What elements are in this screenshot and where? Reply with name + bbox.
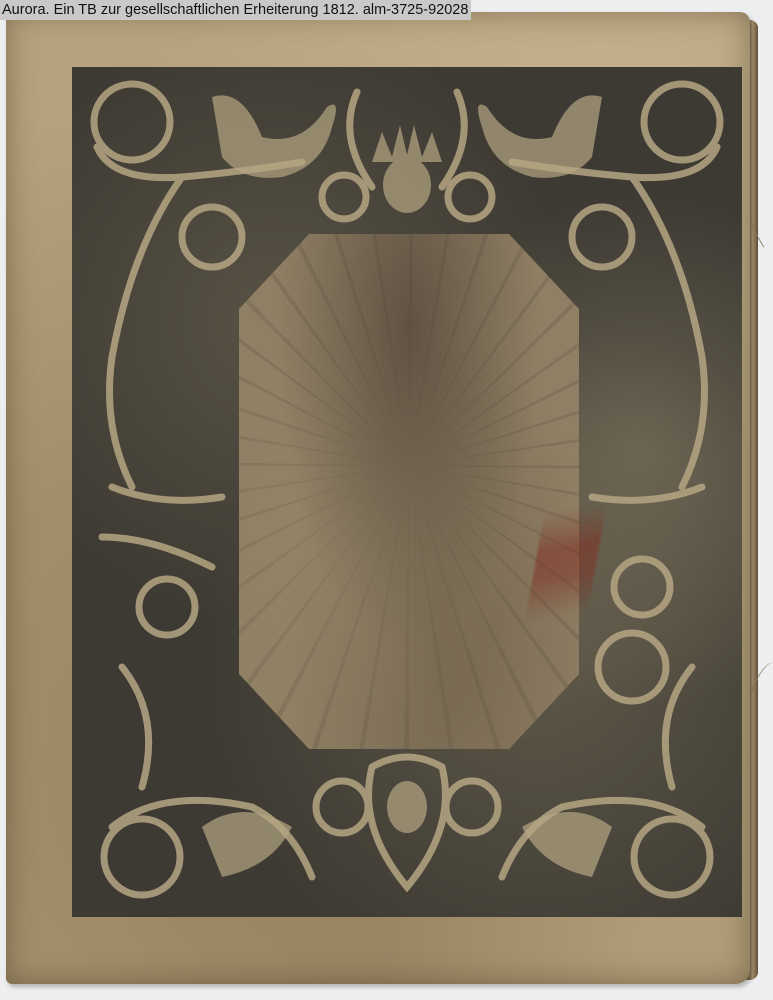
book-cover bbox=[6, 12, 750, 984]
image-caption: Aurora. Ein TB zur gesellschaftlichen Er… bbox=[0, 0, 471, 20]
